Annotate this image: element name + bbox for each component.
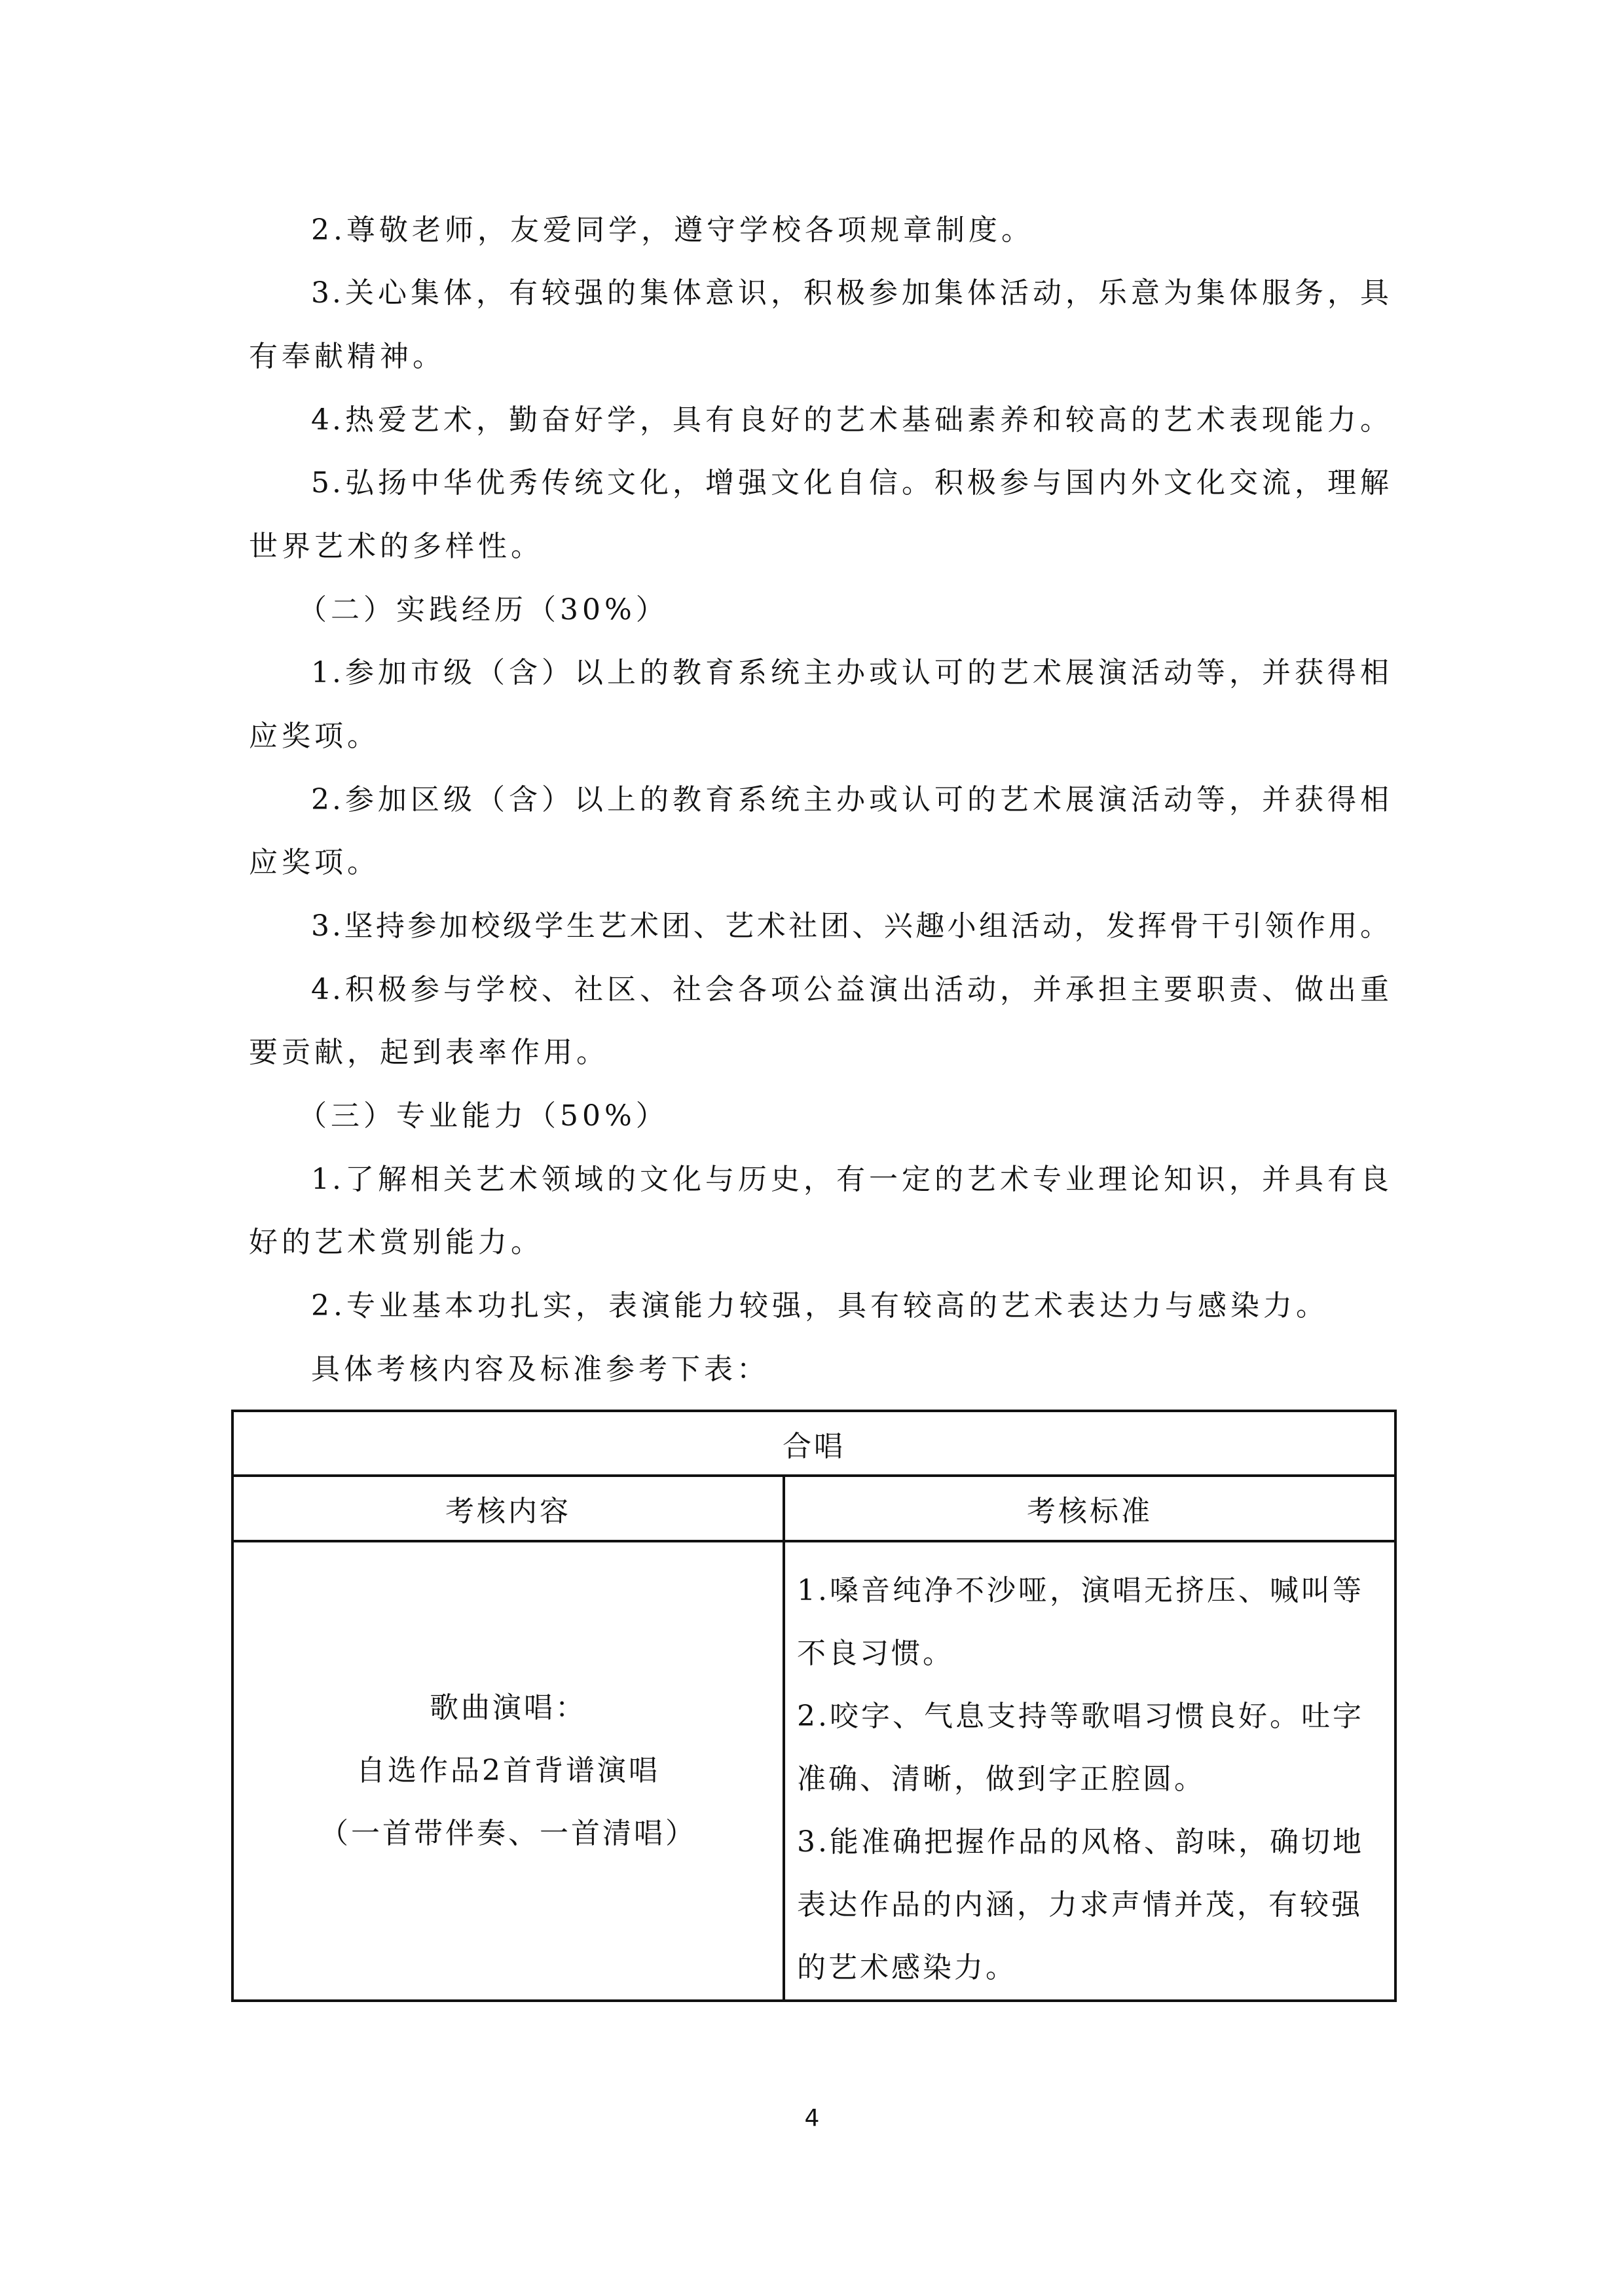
table-row: 歌曲演唱： 自选作品2首背谱演唱 （一首带伴奏、一首清唱） 1.嗓音纯净不沙哑，… [232,1541,1395,2001]
paragraph-item-3-line1: 3.关心集体，有较强的集体意识，积极参加集体活动，乐意为集体服务，具 [311,274,1392,313]
practice-item-1-line1: 1.参加市级（含）以上的教育系统主办或认可的艺术展演活动等，并获得相 [311,653,1392,693]
criteria-line-7: 的艺术感染力。 [797,1937,1382,1999]
table-title: 合唱 [232,1411,1395,1476]
content-cell: 歌曲演唱： 自选作品2首背谱演唱 （一首带伴奏、一首清唱） [232,1541,784,2001]
table-intro: 具体考核内容及标准参考下表： [311,1350,769,1389]
practice-item-3: 3.坚持参加校级学生艺术团、艺术社团、兴趣小组活动，发挥骨干引领作用。 [311,907,1392,946]
section-heading-practice: （二）实践经历（30%） [298,591,669,630]
professional-item-1-line1: 1.了解相关艺术领域的文化与历史，有一定的艺术专业理论知识，并具有良 [311,1160,1392,1199]
content-line-2: 自选作品2首背谱演唱 [234,1740,782,1802]
table-title-row: 合唱 [232,1411,1395,1476]
paragraph-item-5-line2: 世界艺术的多样性。 [249,527,544,566]
assessment-table: 合唱 考核内容 考核标准 歌曲演唱： 自选作品2首背谱演唱 （一首带伴奏、一首清… [231,1410,1397,2002]
practice-item-4-line1: 4.积极参与学校、社区、社会各项公益演出活动，并承担主要职责、做出重 [311,970,1392,1010]
content-line-1: 歌曲演唱： [234,1677,782,1740]
page-number: 4 [0,2105,1624,2132]
criteria-line-2: 不良习惯。 [797,1622,1382,1685]
criteria-line-1: 1.嗓音纯净不沙哑，演唱无挤压、喊叫等 [797,1559,1382,1622]
professional-item-1-line2: 好的艺术赏别能力。 [249,1223,544,1262]
section-heading-professional: （三）专业能力（50%） [298,1097,669,1136]
document-page: 2.尊敬老师，友爱同学，遵守学校各项规章制度。 3.关心集体，有较强的集体意识，… [0,0,1624,2296]
paragraph-item-4: 4.热爱艺术，勤奋好学，具有良好的艺术基础素养和较高的艺术表现能力。 [311,401,1392,440]
table-header-row: 考核内容 考核标准 [232,1476,1395,1541]
practice-item-1-line2: 应奖项。 [249,717,380,756]
practice-item-4-line2: 要贡献，起到表率作用。 [249,1033,609,1072]
criteria-cell: 1.嗓音纯净不沙哑，演唱无挤压、喊叫等 不良习惯。 2.咬字、气息支持等歌唱习惯… [784,1541,1395,2001]
header-criteria: 考核标准 [784,1476,1395,1541]
criteria-line-6: 表达作品的内涵，力求声情并茂，有较强 [797,1874,1382,1937]
header-content: 考核内容 [232,1476,784,1541]
criteria-line-5: 3.能准确把握作品的风格、韵味，确切地 [797,1811,1382,1874]
professional-item-2: 2.专业基本功扎实，表演能力较强，具有较高的艺术表达力与感染力。 [311,1286,1329,1326]
criteria-line-3: 2.咬字、气息支持等歌唱习惯良好。吐字 [797,1685,1382,1748]
content-line-3: （一首带伴奏、一首清唱） [234,1802,782,1865]
paragraph-item-5-line1: 5.弘扬中华优秀传统文化，增强文化自信。积极参与国内外文化交流，理解 [311,464,1392,503]
criteria-line-4: 准确、清晰，做到字正腔圆。 [797,1748,1382,1811]
paragraph-item-3-line2: 有奉献精神。 [249,337,445,376]
practice-item-2-line1: 2.参加区级（含）以上的教育系统主办或认可的艺术展演活动等，并获得相 [311,780,1392,820]
paragraph-item-2: 2.尊敬老师，友爱同学，遵守学校各项规章制度。 [311,211,1034,250]
practice-item-2-line2: 应奖项。 [249,843,380,883]
